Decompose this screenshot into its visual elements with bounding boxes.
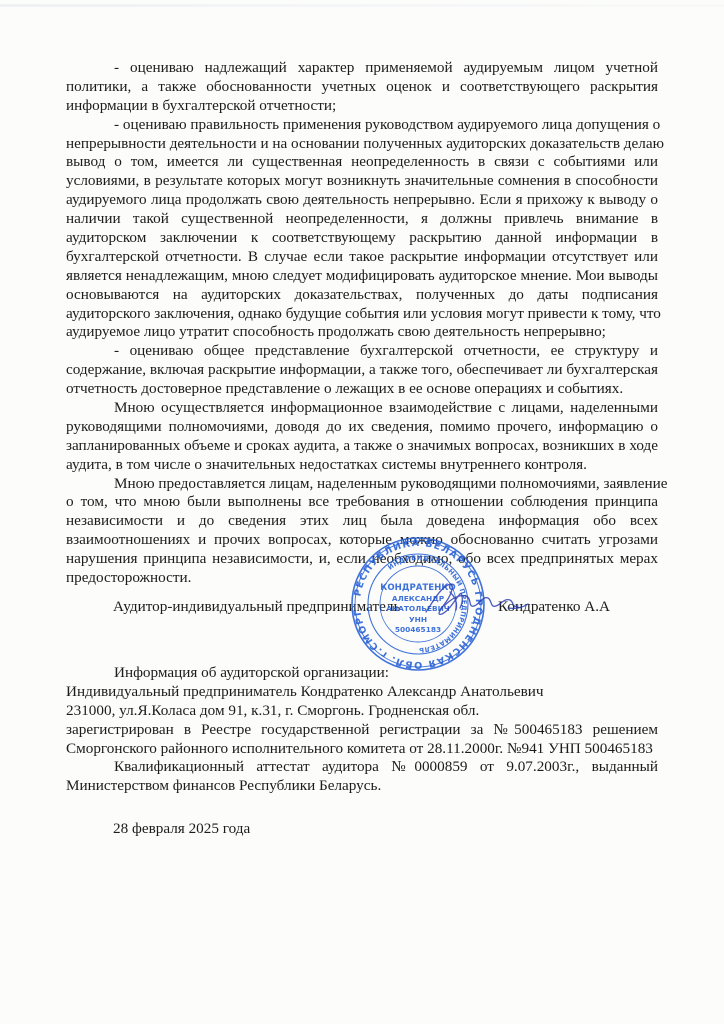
text-line: - оцениваю надлежащий характер применяем… <box>66 59 658 78</box>
text-line: условиями, в результате которых могут во… <box>66 172 658 191</box>
text-line: основываются на аудиторских доказательст… <box>66 286 658 305</box>
document-page: - оцениваю надлежащий характер применяем… <box>0 0 724 1024</box>
org-certificate: Министерством финансов Республики Белару… <box>66 777 658 796</box>
scan-edge <box>0 4 724 7</box>
org-registration: Сморгонского районного исполнительного к… <box>66 740 658 759</box>
org-registration: зарегистрирован в Реестре государственно… <box>66 721 658 740</box>
text-line: содержание, включая раскрытие информации… <box>66 361 658 380</box>
text-line: - оцениваю общее представление бухгалтер… <box>66 342 658 361</box>
text-line: Мною осуществляется информационное взаим… <box>66 399 658 418</box>
text-line: независимости и до сведения этих лиц был… <box>66 512 658 531</box>
text-line: аудиторского заключения, однако будущие … <box>66 305 658 324</box>
org-info-heading: Информация об аудиторской организации: <box>66 664 658 683</box>
svg-text:500465183: 500465183 <box>395 625 441 634</box>
text-line: наличии такой существенной неопределенно… <box>66 210 658 229</box>
text-line: является ненадлежащим, мною следует моди… <box>66 267 658 286</box>
text-line: информации в бухгалтерской отчетности; <box>66 97 658 116</box>
org-name: Индивидуальный предприниматель Кондратен… <box>66 683 658 702</box>
text-line: руководящими полномочиями, доводя до их … <box>66 418 658 437</box>
text-line: аудита, в том числе о значительных недос… <box>66 456 658 475</box>
text-line: Мною предоставляется лицам, наделенным р… <box>66 475 658 494</box>
handwritten-signature-icon <box>420 578 530 623</box>
text-line: аудиторском заключении к соответствующем… <box>66 229 658 248</box>
text-line: вывод о том, имеется ли существенная нео… <box>66 153 658 172</box>
body-text: - оцениваю надлежащий характер применяем… <box>66 59 658 588</box>
document-date: 28 февраля 2025 года <box>113 820 250 838</box>
text-line: о том, что мною были выполнены все требо… <box>66 493 658 512</box>
text-line: политики, а также обоснованности учетных… <box>66 78 658 97</box>
text-line: запланированных объеме и сроках аудита, … <box>66 437 658 456</box>
org-address: 231000, ул.Я.Коласа дом 91, к.31, г. Смо… <box>66 702 658 721</box>
text-line: аудируемого лица продолжать свою деятель… <box>66 191 658 210</box>
text-line: непрерывности деятельности и на основани… <box>66 135 658 154</box>
text-line: бухгалтерской отчетности. В случае если … <box>66 248 658 267</box>
text-line: отчетность достоверное представление о л… <box>66 380 658 399</box>
org-info: Информация об аудиторской организации: И… <box>66 664 658 796</box>
text-line: аудируемое лицо утратит способность прод… <box>66 323 658 342</box>
org-certificate: Квалификационный аттестат аудитора №0000… <box>66 758 658 777</box>
text-line: - оцениваю правильность применения руков… <box>66 116 658 135</box>
